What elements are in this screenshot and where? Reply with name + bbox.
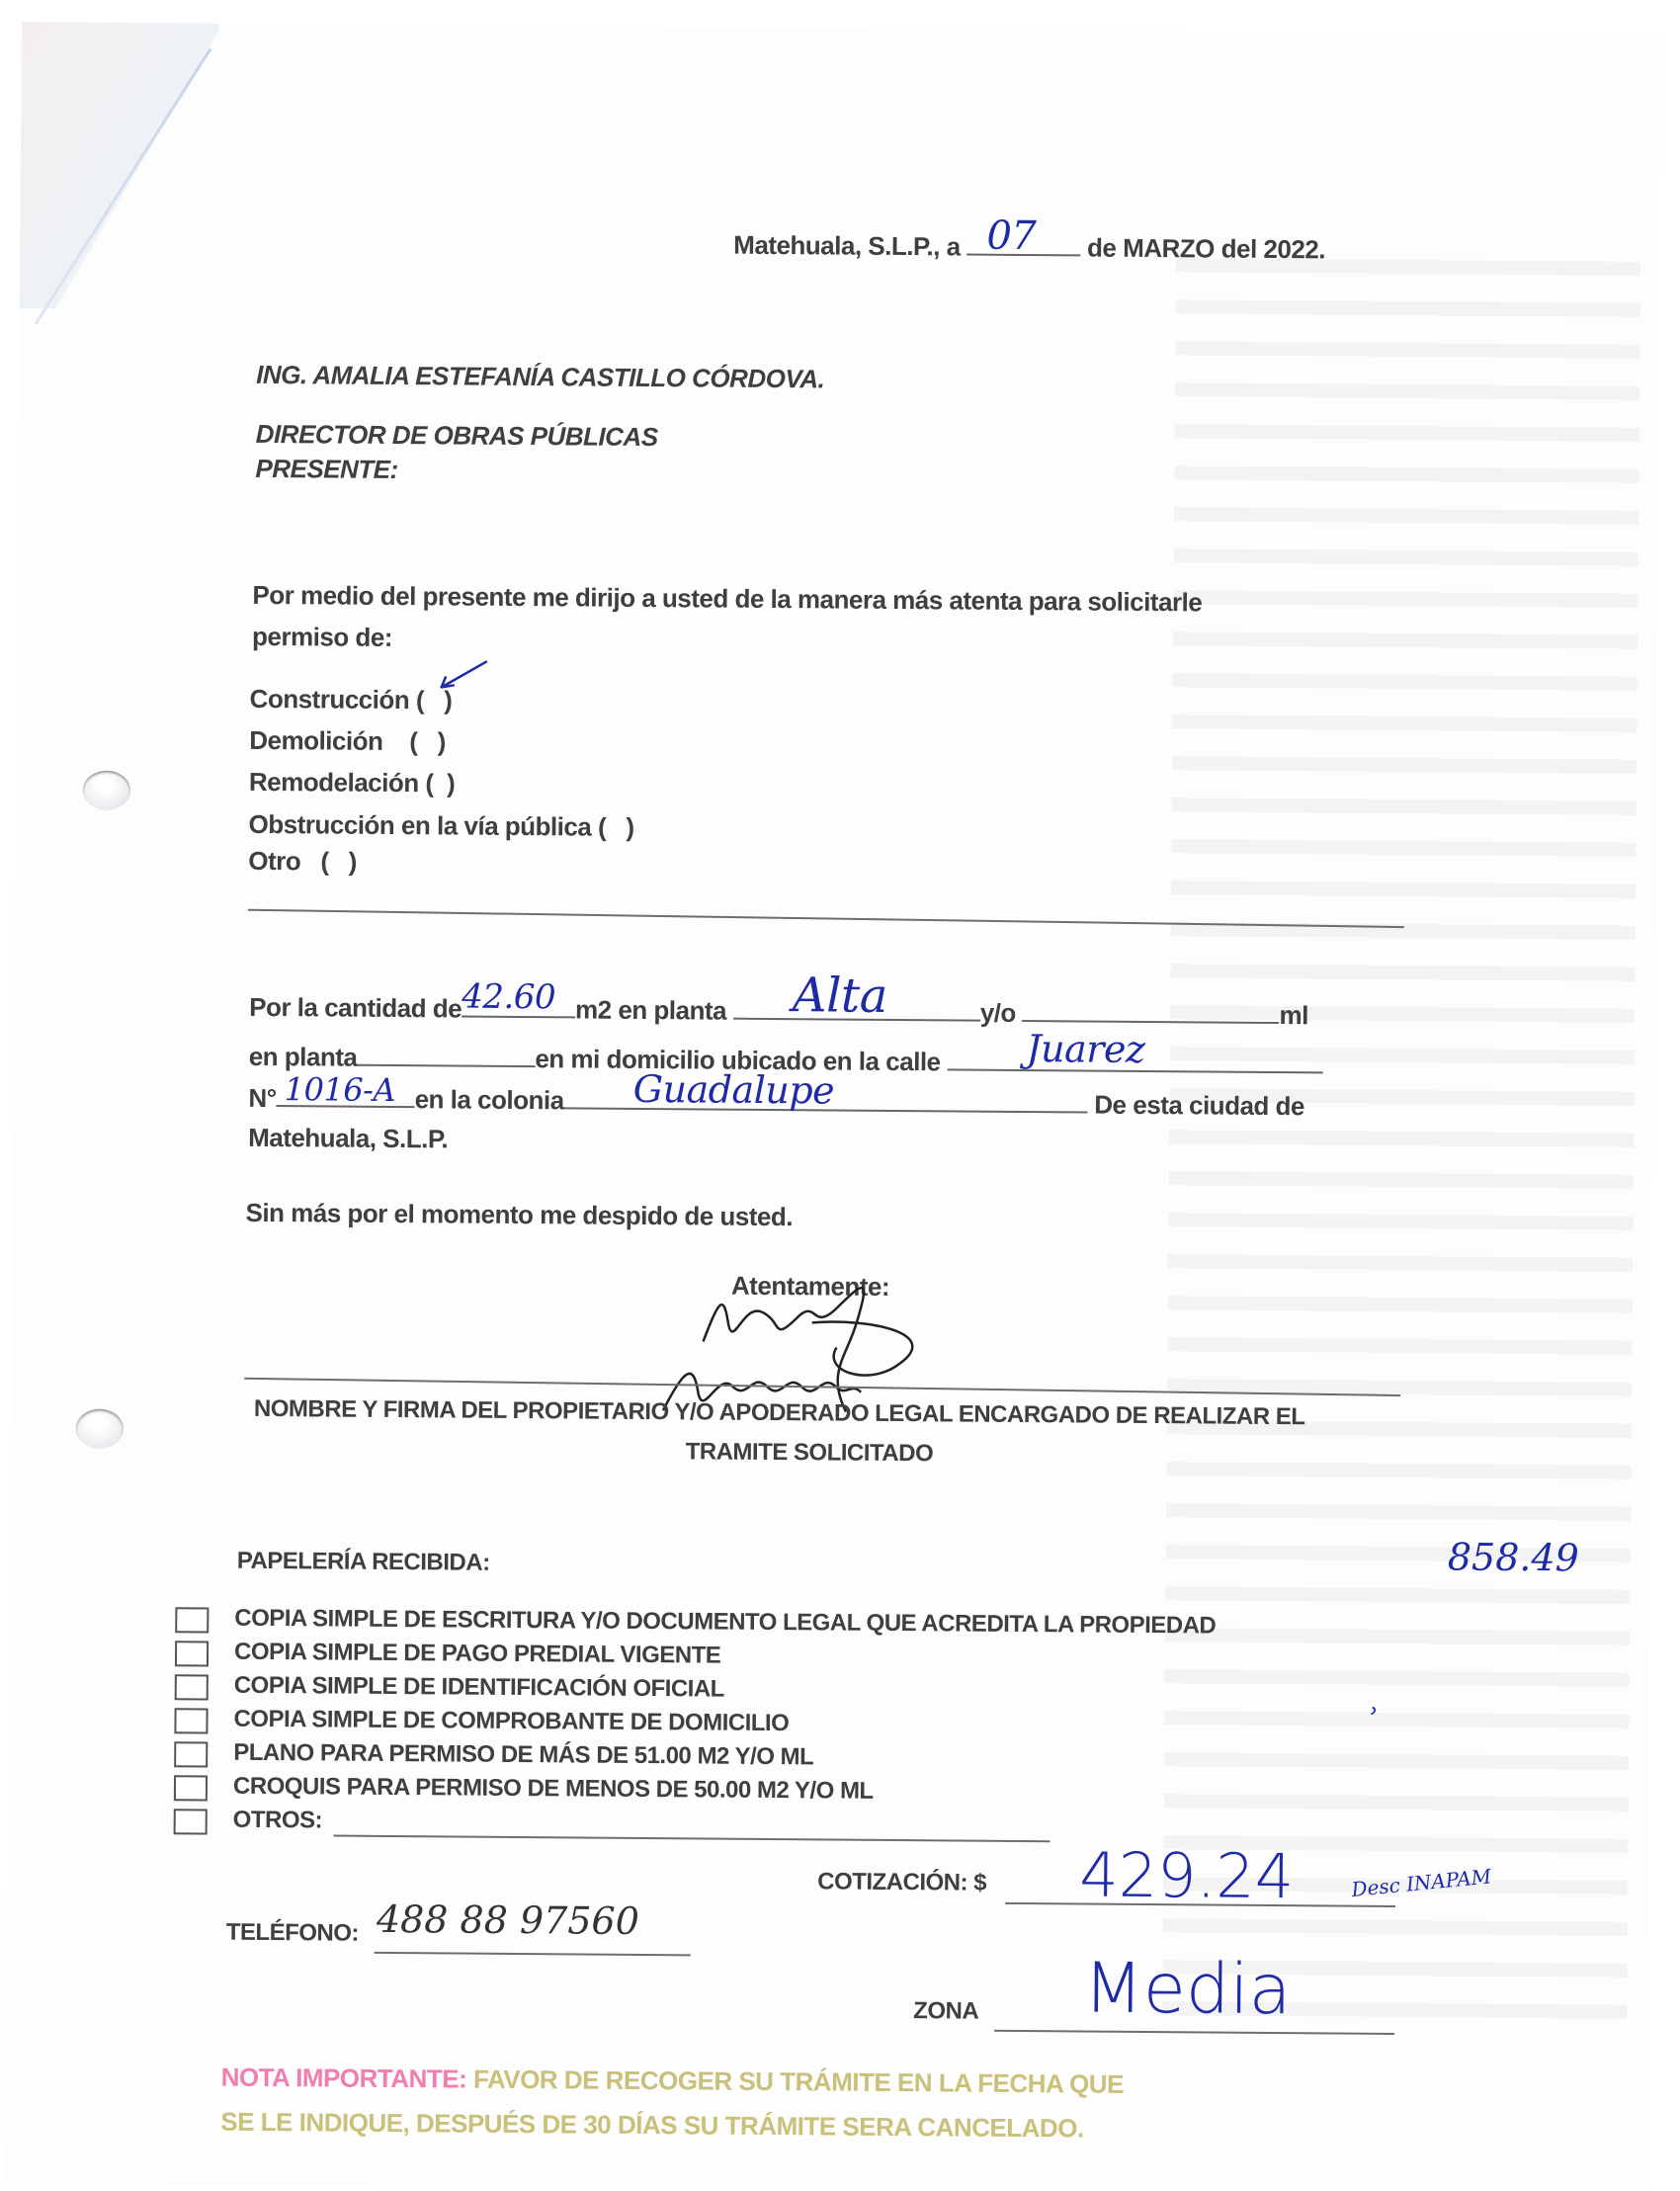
paren: (	[409, 726, 417, 756]
day-value: 07	[986, 213, 1036, 259]
permit-option-otro[interactable]: Otro ( )	[248, 846, 357, 878]
paperwork-item-4: PLANO PARA PERMISO DE MÁS DE 51.00 M2 Y/…	[233, 1739, 813, 1772]
paperwork-item-0: COPIA SIMPLE DE ESCRITURA Y/O DOCUMENTO …	[234, 1605, 1216, 1641]
paperwork-item-5: CROQUIS PARA PERMISO DE MENOS DE 50.00 M…	[233, 1773, 874, 1806]
street-value: Juarez	[1026, 1027, 1144, 1071]
en-planta-label: en planta	[249, 1042, 358, 1072]
paren: )	[447, 768, 455, 798]
phone-value: 488 88 97560	[377, 1897, 639, 1943]
planta-value: Alta	[793, 968, 887, 1024]
stray-ink-mark: ʾ	[1367, 1703, 1376, 1737]
paperwork-checkbox-6[interactable]	[174, 1809, 208, 1834]
quote-value: 429.24	[1079, 1838, 1295, 1912]
colonia-label: en la colonia	[415, 1084, 564, 1115]
paperwork-checkbox-1[interactable]	[175, 1641, 209, 1666]
ml-field[interactable]	[1023, 1019, 1280, 1024]
paren: )	[349, 847, 357, 877]
quote-label: COTIZACIÓN: $	[817, 1868, 986, 1896]
paperwork-checkbox-5[interactable]	[174, 1775, 208, 1801]
signature-caption-2: TRAMITE SOLICITADO	[686, 1438, 934, 1468]
city-label: Matehuala, S.L.P.	[248, 1123, 448, 1155]
permit-label: Construcción (	[250, 684, 425, 715]
colonia-value: Guadalupe	[633, 1067, 835, 1113]
paperwork-checkbox-4[interactable]	[174, 1741, 208, 1767]
quantity-field[interactable]: 42.60	[462, 1015, 575, 1019]
paren: )	[626, 812, 633, 842]
permit-label: Obstrucción en la vía pública (	[249, 809, 607, 842]
addressee-greeting: PRESENTE:	[255, 454, 398, 485]
paperwork-checkbox-3[interactable]	[174, 1708, 208, 1733]
day-field[interactable]: 07	[966, 253, 1080, 257]
number-label: N°	[248, 1083, 276, 1113]
ml-label: ml	[1279, 1000, 1308, 1030]
city-suffix-label: De esta ciudad de	[1094, 1090, 1304, 1122]
quantity-line: Por la cantidad de42.60m2 en planta Alta…	[249, 992, 1308, 1031]
permit-option-remodelacion[interactable]: Remodelación ( )	[249, 767, 455, 800]
permit-option-construccion[interactable]: Construcción ( )	[250, 684, 453, 716]
permit-label: Otro	[248, 846, 300, 876]
punch-hole-top	[83, 771, 130, 810]
number-field[interactable]: 1016-A	[277, 1104, 415, 1108]
zone-label: ZONA	[913, 1997, 978, 2026]
quantity-value: 42.60	[462, 977, 555, 1018]
paren: (	[320, 846, 328, 876]
number-value: 1016-A	[285, 1070, 396, 1109]
street-field[interactable]: Juarez	[947, 1067, 1322, 1073]
permit-option-obstruccion[interactable]: Obstrucción en la vía pública ( )	[249, 809, 634, 843]
intro-line-1: Por medio del presente me dirijo a usted…	[252, 580, 1202, 619]
farewell-text: Sin más por el momento me despido de ust…	[245, 1198, 793, 1232]
notice-line-1: NOTA IMPORTANTE: FAVOR DE RECOGER SU TRÁ…	[221, 2063, 1124, 2100]
addressee-name: ING. AMALIA ESTEFANÍA CASTILLO CÓRDOVA.	[256, 360, 824, 395]
permit-label: Remodelación (	[249, 767, 434, 798]
paperwork-item-1: COPIA SIMPLE DE PAGO PREDIAL VIGENTE	[234, 1639, 721, 1670]
scanned-form-page: Matehuala, S.L.P., a 07 de MARZO del 202…	[5, 22, 1662, 2191]
en-planta-field[interactable]	[357, 1063, 535, 1067]
phone-line[interactable]	[375, 1952, 691, 1957]
paperwork-title: PAPELERÍA RECIBIDA:	[237, 1548, 490, 1577]
quantity-label: Por la cantidad de	[249, 992, 462, 1024]
place-label: Matehuala, S.L.P., a	[733, 230, 961, 262]
paperwork-checkbox-2[interactable]	[175, 1674, 209, 1700]
month-year-label: de MARZO del 2022.	[1087, 232, 1325, 264]
addressee-title: DIRECTOR DE OBRAS PÚBLICAS	[256, 419, 658, 453]
bleed-through-text	[1162, 258, 1640, 2041]
number-colonia-line: N°1016-Aen la coloniaGuadalupe De esta c…	[248, 1083, 1304, 1122]
yo-label: y/o	[980, 998, 1016, 1028]
side-note-amount: 858.49	[1448, 1535, 1579, 1579]
paperwork-item-2: COPIA SIMPLE DE IDENTIFICACIÓN OFICIAL	[234, 1672, 724, 1704]
paperwork-item-3: COPIA SIMPLE DE COMPROBANTE DE DOMICILIO	[233, 1706, 789, 1737]
permit-option-demolicion[interactable]: Demolición ( )	[249, 725, 446, 758]
date-line: Matehuala, S.L.P., a 07 de MARZO del 202…	[733, 230, 1325, 266]
planta-field[interactable]: Alta	[733, 1017, 980, 1022]
signature-caption-1: NOMBRE Y FIRMA DEL PROPIETARIO Y/O APODE…	[254, 1395, 1305, 1431]
intro-line-2: permiso de:	[252, 622, 392, 653]
colonia-field[interactable]: Guadalupe	[564, 1106, 1088, 1113]
folded-corner	[20, 22, 219, 310]
zone-value: Media	[1083, 1948, 1292, 2031]
permit-label: Demolición	[249, 725, 382, 756]
paperwork-checklist: COPIA SIMPLE DE ESCRITURA Y/O DOCUMENTO …	[22, 22, 1662, 35]
m2-label: m2 en planta	[575, 994, 726, 1025]
notice-text-1: FAVOR DE RECOGER SU TRÁMITE EN LA FECHA …	[473, 2065, 1124, 2099]
check-arrow-mark	[432, 657, 491, 697]
paperwork-checkbox-0[interactable]	[175, 1607, 209, 1633]
paperwork-item-6: OTROS:	[233, 1807, 323, 1835]
notice-prefix: NOTA IMPORTANTE:	[221, 2063, 467, 2094]
phone-label: TELÉFONO:	[226, 1919, 359, 1948]
paren: )	[438, 726, 446, 756]
punch-hole-bottom	[76, 1408, 124, 1448]
notice-text-2: SE LE INDIQUE, DESPUÉS DE 30 DÍAS SU TRÁ…	[220, 2107, 1084, 2145]
otros-line[interactable]	[334, 1835, 1050, 1843]
